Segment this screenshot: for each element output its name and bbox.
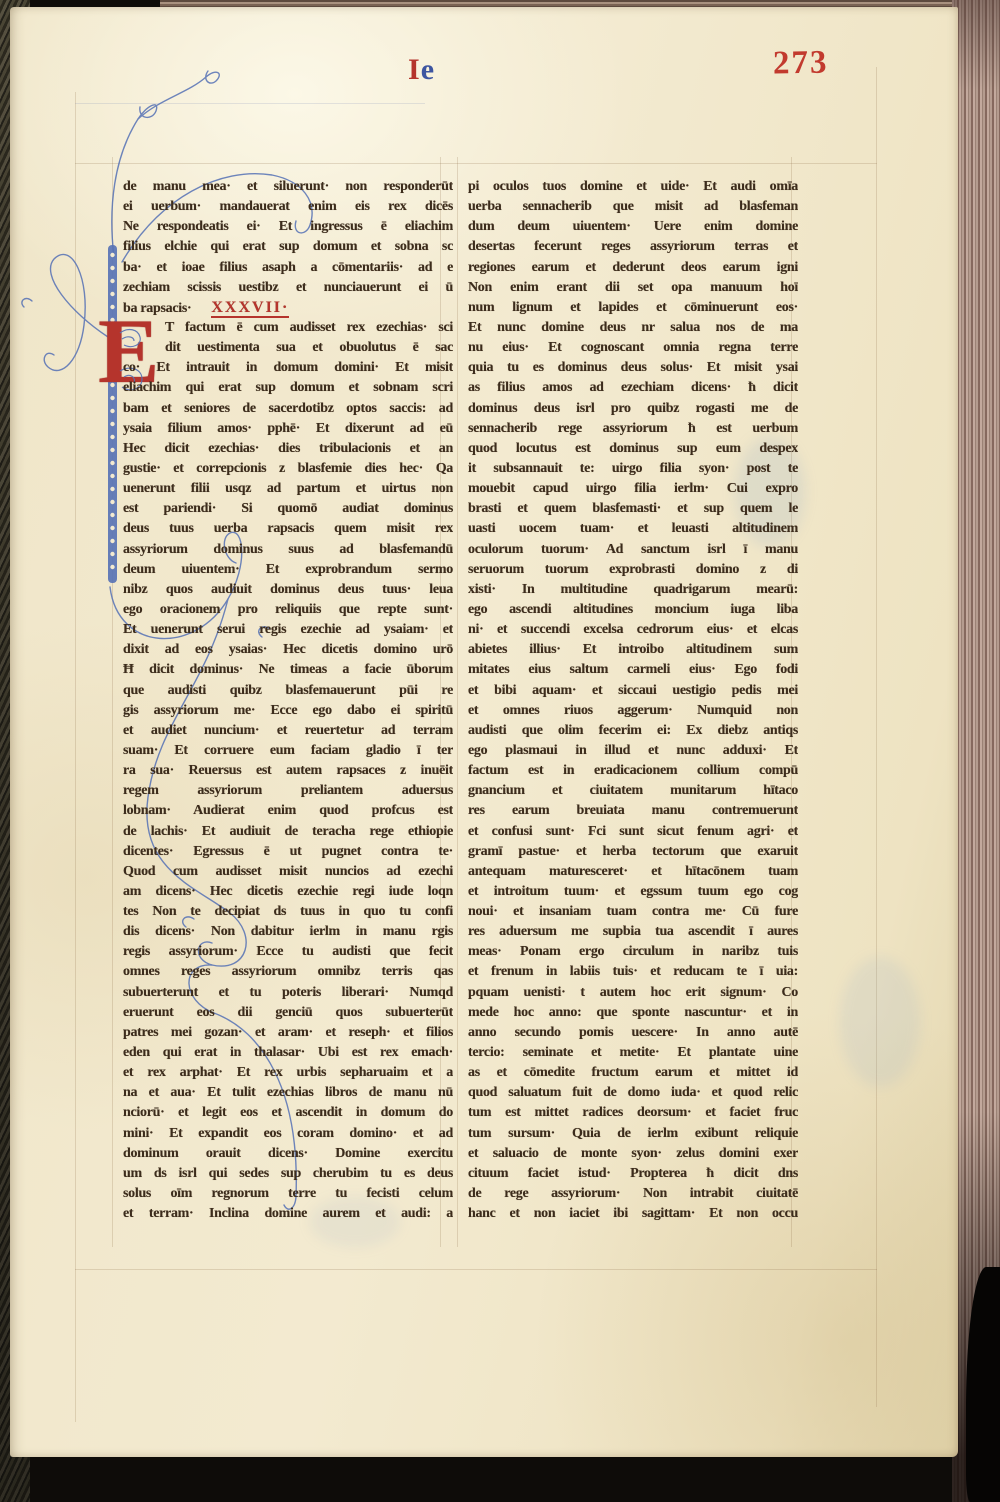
running-header: Ie xyxy=(408,53,435,87)
text-line: xisti· In multitudine quadrigarum mearū: xyxy=(468,580,798,600)
text-column-left: de manu mea· et siluerunt· non responder… xyxy=(123,177,453,1224)
show-through-stain xyxy=(840,957,920,1087)
text-line: nibz quos audiuit dominus deus tuus· leu… xyxy=(123,580,453,600)
text-line: dominus deus isrl pro quibz rogasti me d… xyxy=(468,399,798,419)
text-line: et saluacio de monte syon· zelus domini … xyxy=(468,1144,798,1164)
text-line: dicentes· Egressus ē ut pugnet contra te… xyxy=(123,842,453,862)
text-line: est pariendi· Si quomō audiat dominus xyxy=(123,499,453,519)
text-line: Quod cum audisset misit nuncios ad ezech… xyxy=(123,862,453,882)
text-line: de manu mea· et siluerunt· non responder… xyxy=(123,177,453,197)
text-line: filius elchie qui erat sup domum et sobn… xyxy=(123,237,453,257)
text-line: et bibi aquam· et siccaui uestigio pedis… xyxy=(468,681,798,701)
text-line: dis dicens· Non dabitur ierlm in manu rg… xyxy=(123,922,453,942)
text-line: que audisti quibz blasfemauerunt pūi re xyxy=(123,681,453,701)
text-line: noui· et insaniam tuam contra me· Cū fur… xyxy=(468,902,798,922)
text-line: gis assyriorum me· Ecce ego dabo ei spir… xyxy=(123,701,453,721)
text-line: seruorum tuorum exprobrasti domino z di xyxy=(468,560,798,580)
text-line: cituum faciet istud· Propterea ħ dicit d… xyxy=(468,1164,798,1184)
text-line: deus tuus uerba rapsacis quem misit rex xyxy=(123,519,453,539)
text-line: tum est mittet radices deorsum· et facie… xyxy=(468,1103,798,1123)
text-line: ego oracionem pro reliquiis que repte su… xyxy=(123,600,453,620)
text-line: tercio: seminate et metite· Et plantate … xyxy=(468,1043,798,1063)
text-line: Et nunc domine deus nr salua nos de ma xyxy=(468,318,798,338)
text-line: zechiam scissis uestibz et nunciauerunt … xyxy=(123,278,453,298)
text-line: et introitum tuum· et egssum tuum ego co… xyxy=(468,882,798,902)
text-line: tes Non te decipiat ds tuus in quo tu co… xyxy=(123,902,453,922)
text-line: uenerunt filii usqz ad partum et uirtus … xyxy=(123,479,453,499)
text-line: mede hoc anno: que sponte nascuntur· et … xyxy=(468,1003,798,1023)
text-line: Hec dicit ezechias· dies tribulacionis e… xyxy=(123,439,453,459)
text-line: anno secundo pomis uescere· In anno autē xyxy=(468,1023,798,1043)
text-line: T factum ē cum audisset rex ezechias· sc… xyxy=(123,318,453,338)
text-line: na et aua· Et tulit ezechias libros de m… xyxy=(123,1083,453,1103)
text-line: ego ascendi altitudines moncium iuga lib… xyxy=(468,600,798,620)
text-line: antequam maturesceret· et hītacōnem tuam xyxy=(468,862,798,882)
text-line: et confusi sunt· Fci sunt sicut fenum ag… xyxy=(468,822,798,842)
ruling-line xyxy=(75,163,877,164)
text-line: ba rapsacis·XXXVII· xyxy=(123,298,453,318)
chapter-numeral: XXXVII· xyxy=(211,299,289,318)
manuscript-photo: Ie 273 E de manu mea· et siluerunt· non … xyxy=(0,0,1000,1502)
parchment-page: Ie 273 E de manu mea· et siluerunt· non … xyxy=(10,7,958,1457)
text-line: nciorū· et legit eos et ascendit in domu… xyxy=(123,1103,453,1123)
text-line: quod saluatum fuit de domo iuda· et quod… xyxy=(468,1083,798,1103)
text-line: gustie· et correpcionis z blasfemie dies… xyxy=(123,459,453,479)
text-line: mouebit capud uirgo filia ierlm· Cui exp… xyxy=(468,479,798,499)
text-line: mini· Et expandit eos coram domino· et a… xyxy=(123,1124,453,1144)
text-line: et frenum in labiis tuis· et reducam te … xyxy=(468,962,798,982)
text-line: tum sursum· Quia de ierlm exibunt reliqu… xyxy=(468,1124,798,1144)
text-line: et audiet nuncium· et reuertetur ad terr… xyxy=(123,721,453,741)
text-line: num lignum et lapides et cōminuerunt eos… xyxy=(468,298,798,318)
text-line: it subsannauit te: uirgo filia syon· pos… xyxy=(468,459,798,479)
text-line: et terram· Inclina domine aurem et audi:… xyxy=(123,1204,453,1224)
text-line: oculorum tuorum· Ad sanctum isrl ī manu xyxy=(468,540,798,560)
text-line: lobnam· Audierat enim quod profcus est xyxy=(123,801,453,821)
text-line: gramī pastue· et herba tectorum que exar… xyxy=(468,842,798,862)
text-line: brasti et quem blasfemasti· et sup quem … xyxy=(468,499,798,519)
text-line: bam et seniores de sacerdotibz optos sac… xyxy=(123,399,453,419)
text-line: res earum breuiata manu contremuerunt xyxy=(468,801,798,821)
text-line: audisti que olim fecerim ei: Ex diebz an… xyxy=(468,721,798,741)
text-line: suam· Et corruere eum faciam gladio ī te… xyxy=(123,741,453,761)
text-line: eliachim qui erat sup domum et sobnam sc… xyxy=(123,378,453,398)
text-line: patres mei gozan· et aram· et reseph· et… xyxy=(123,1023,453,1043)
text-line: mitates eius saltum carmeli eius· Ego fo… xyxy=(468,660,798,680)
text-line: desertas fecerunt reges assyriorum terra… xyxy=(468,237,798,257)
text-line: deum uiuentem· Et exprobrandum sermo xyxy=(123,560,453,580)
text-line: res aduersum me supbia tua ascendit ī au… xyxy=(468,922,798,942)
text-line: ni· et succendi excelsa cedrorum eius· e… xyxy=(468,620,798,640)
text-line: ra sua· Reuersus est autem rapsaces z in… xyxy=(123,761,453,781)
text-line: ei uerbum· mandauerat enim eis rex dicēs xyxy=(123,197,453,217)
running-header-red-letter: I xyxy=(408,53,421,86)
text-line: quod locutus est dominus sup eum despex xyxy=(468,439,798,459)
text-line: pquam uenisti· t autem hoc erit signum· … xyxy=(468,983,798,1003)
text-line: uerba sennacherib que misit ad blasfeman xyxy=(468,197,798,217)
text-line: sennacherib rege assyriorum ħ est uerbum xyxy=(468,419,798,439)
folio-number: 273 xyxy=(773,45,829,83)
text-line: Et uenerunt serui regis ezechie ad ysaia… xyxy=(123,620,453,640)
text-line: et rex arphat· Et rex urbis sepharuaim e… xyxy=(123,1063,453,1083)
text-line: regiones earum et dederunt deos earum ig… xyxy=(468,258,798,278)
text-line: ysaia filium amos· pphē· Et dixerunt ad … xyxy=(123,419,453,439)
running-header-blue-letter: e xyxy=(421,53,435,86)
text-line: de lachis· Et audiuit de teracha rege et… xyxy=(123,822,453,842)
text-line: gnancium et ciuitatem munitarum hītaco xyxy=(468,781,798,801)
text-line: omnes reges assyriorum omnibz terris qas xyxy=(123,962,453,982)
text-line: solus oīm regnorum terre tu fecisti celu… xyxy=(123,1184,453,1204)
text-line: pi oculos tuos domine et uide· Et audi o… xyxy=(468,177,798,197)
text-line: factum est in eradicacionem collium comp… xyxy=(468,761,798,781)
text-line: Ħ dicit dominus· Ne timeas a facie ūboru… xyxy=(123,660,453,680)
text-line: eden qui erat in thalasar· Ubi est rex e… xyxy=(123,1043,453,1063)
text-line: meas· Ponam ergo circulum in naribz tuis xyxy=(468,942,798,962)
text-line: regem assyriorum preliantem aduersus xyxy=(123,781,453,801)
text-line: assyriorum dominus suus ad blasfemandū xyxy=(123,540,453,560)
text-line: abietes illius· Et introibo altitudinem … xyxy=(468,640,798,660)
text-line: as filius amos ad ezechiam dicens· ħ dic… xyxy=(468,378,798,398)
text-line: Non enim erant dii set opa manuum hoī xyxy=(468,278,798,298)
text-line: eruerunt eos dii genciū quos subuerterūt xyxy=(123,1003,453,1023)
text-line: Ne respondeatis ei· Et ingressus ē eliac… xyxy=(123,217,453,237)
text-line: dominum orauit dicens· Domine exercitu xyxy=(123,1144,453,1164)
text-line: dixit ad eos ysaias· Hec dicetis domino … xyxy=(123,640,453,660)
text-line: quia tu es dominus deus solus· Et misit … xyxy=(468,358,798,378)
text-line: et omnes riuos aggerum· Numquid non xyxy=(468,701,798,721)
ruling-line xyxy=(876,67,877,1407)
ruling-line xyxy=(457,157,458,1247)
text-line: ego plasmaui in illud et nunc adduxi· Et xyxy=(468,741,798,761)
text-line: am dicens· Hec dicetis ezechie regi iude… xyxy=(123,882,453,902)
ruling-line xyxy=(75,103,425,104)
text-line: um ds isrl qui sedes sup cherubim tu es … xyxy=(123,1164,453,1184)
text-line: nu eius· Et cognoscant omnia regna terre xyxy=(468,338,798,358)
text-line: as et cōmedite fructum earum et mittet i… xyxy=(468,1063,798,1083)
text-line: ba· et ioae filius asaph a cōmentariis· … xyxy=(123,258,453,278)
text-line: dit uestimenta sua et obuolutus ē sac xyxy=(123,338,453,358)
text-line: co· Et intrauit in domum domini· Et misi… xyxy=(123,358,453,378)
text-line: dum deum uiuentem· Uere enim domine xyxy=(468,217,798,237)
text-column-right: pi oculos tuos domine et uide· Et audi o… xyxy=(468,177,798,1224)
text-line: de rege assyriorum· Non intrabit ciuitat… xyxy=(468,1184,798,1204)
ruling-line xyxy=(75,1269,877,1270)
text-line: regis assyriorum· Ecce tu audisti que fe… xyxy=(123,942,453,962)
text-line: hanc et non iaciet ibi sagittam· Et non … xyxy=(468,1204,798,1224)
ruling-line xyxy=(75,92,76,1422)
text-line: uasti uocem tuam· et leuasti altitudinem xyxy=(468,519,798,539)
text-line: subuerterunt et tu poteris liberari· Num… xyxy=(123,983,453,1003)
